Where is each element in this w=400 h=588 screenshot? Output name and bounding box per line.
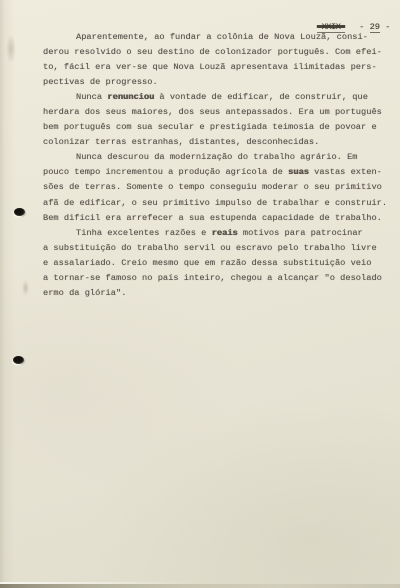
- text-line: e assalariado. Creio mesmo que em razão …: [43, 256, 391, 271]
- typewritten-text-block: Aparentemente, ao fundar a colônia de No…: [43, 30, 391, 301]
- text-line: Nunca renunciou à vontade de edificar, d…: [43, 90, 391, 105]
- scanned-document-page: -XXIX-- 29 - Aparentemente, ao fundar a …: [0, 0, 400, 588]
- text-line: afã de edificar, o seu primitivo impulso…: [43, 196, 391, 211]
- paper-left-edge-shadow: [0, 0, 16, 588]
- paper-stain: [6, 34, 16, 64]
- text-line: bem português com sua secular e prestigi…: [43, 120, 391, 135]
- paper-bottom-edge: [0, 584, 400, 588]
- text-line: colonizar terras estranhas, distantes, d…: [43, 135, 391, 150]
- text-segment: à vontade de edificar, de construir, que: [154, 92, 368, 102]
- text-line: Bem difícil era arrefecer a sua estupend…: [43, 211, 391, 226]
- text-line: pouco tempo incrementou a produção agríc…: [43, 165, 391, 180]
- overstruck-word: reais: [212, 228, 238, 238]
- overstruck-word: suas: [288, 167, 309, 177]
- text-line: pectivas de progresso.: [43, 75, 391, 90]
- punch-hole: [13, 356, 24, 364]
- text-segment: vastas exten-: [309, 167, 382, 177]
- text-line: a substituição do trabalho servil ou esc…: [43, 241, 391, 256]
- text-line: to, fácil era ver-se que Nova Louzã apre…: [43, 60, 391, 75]
- text-line: ermo da glória".: [43, 286, 391, 301]
- text-line: derou resolvido o seu destino de coloniz…: [43, 45, 391, 60]
- text-segment: motivos para patrocinar: [238, 228, 363, 238]
- paper-smudge: [22, 280, 29, 296]
- text-line: Aparentemente, ao fundar a colônia de No…: [43, 30, 391, 45]
- text-line: herdara dos seus maiores, dos seus antep…: [43, 105, 391, 120]
- text-segment: Nunca: [76, 92, 107, 102]
- text-segment: Tinha excelentes razões e: [76, 228, 212, 238]
- text-line: Tinha excelentes razões e reais motivos …: [43, 226, 391, 241]
- text-line: a tornar-se famoso no país inteiro, cheg…: [43, 271, 391, 286]
- text-segment: pouco tempo incrementou a produção agríc…: [43, 167, 288, 177]
- overstruck-word: renunciou: [107, 92, 154, 102]
- punch-hole: [14, 208, 25, 216]
- text-line: Nunca descurou da modernização do trabal…: [43, 150, 391, 165]
- text-line: sões de terras. Somente o tempo consegui…: [43, 180, 391, 195]
